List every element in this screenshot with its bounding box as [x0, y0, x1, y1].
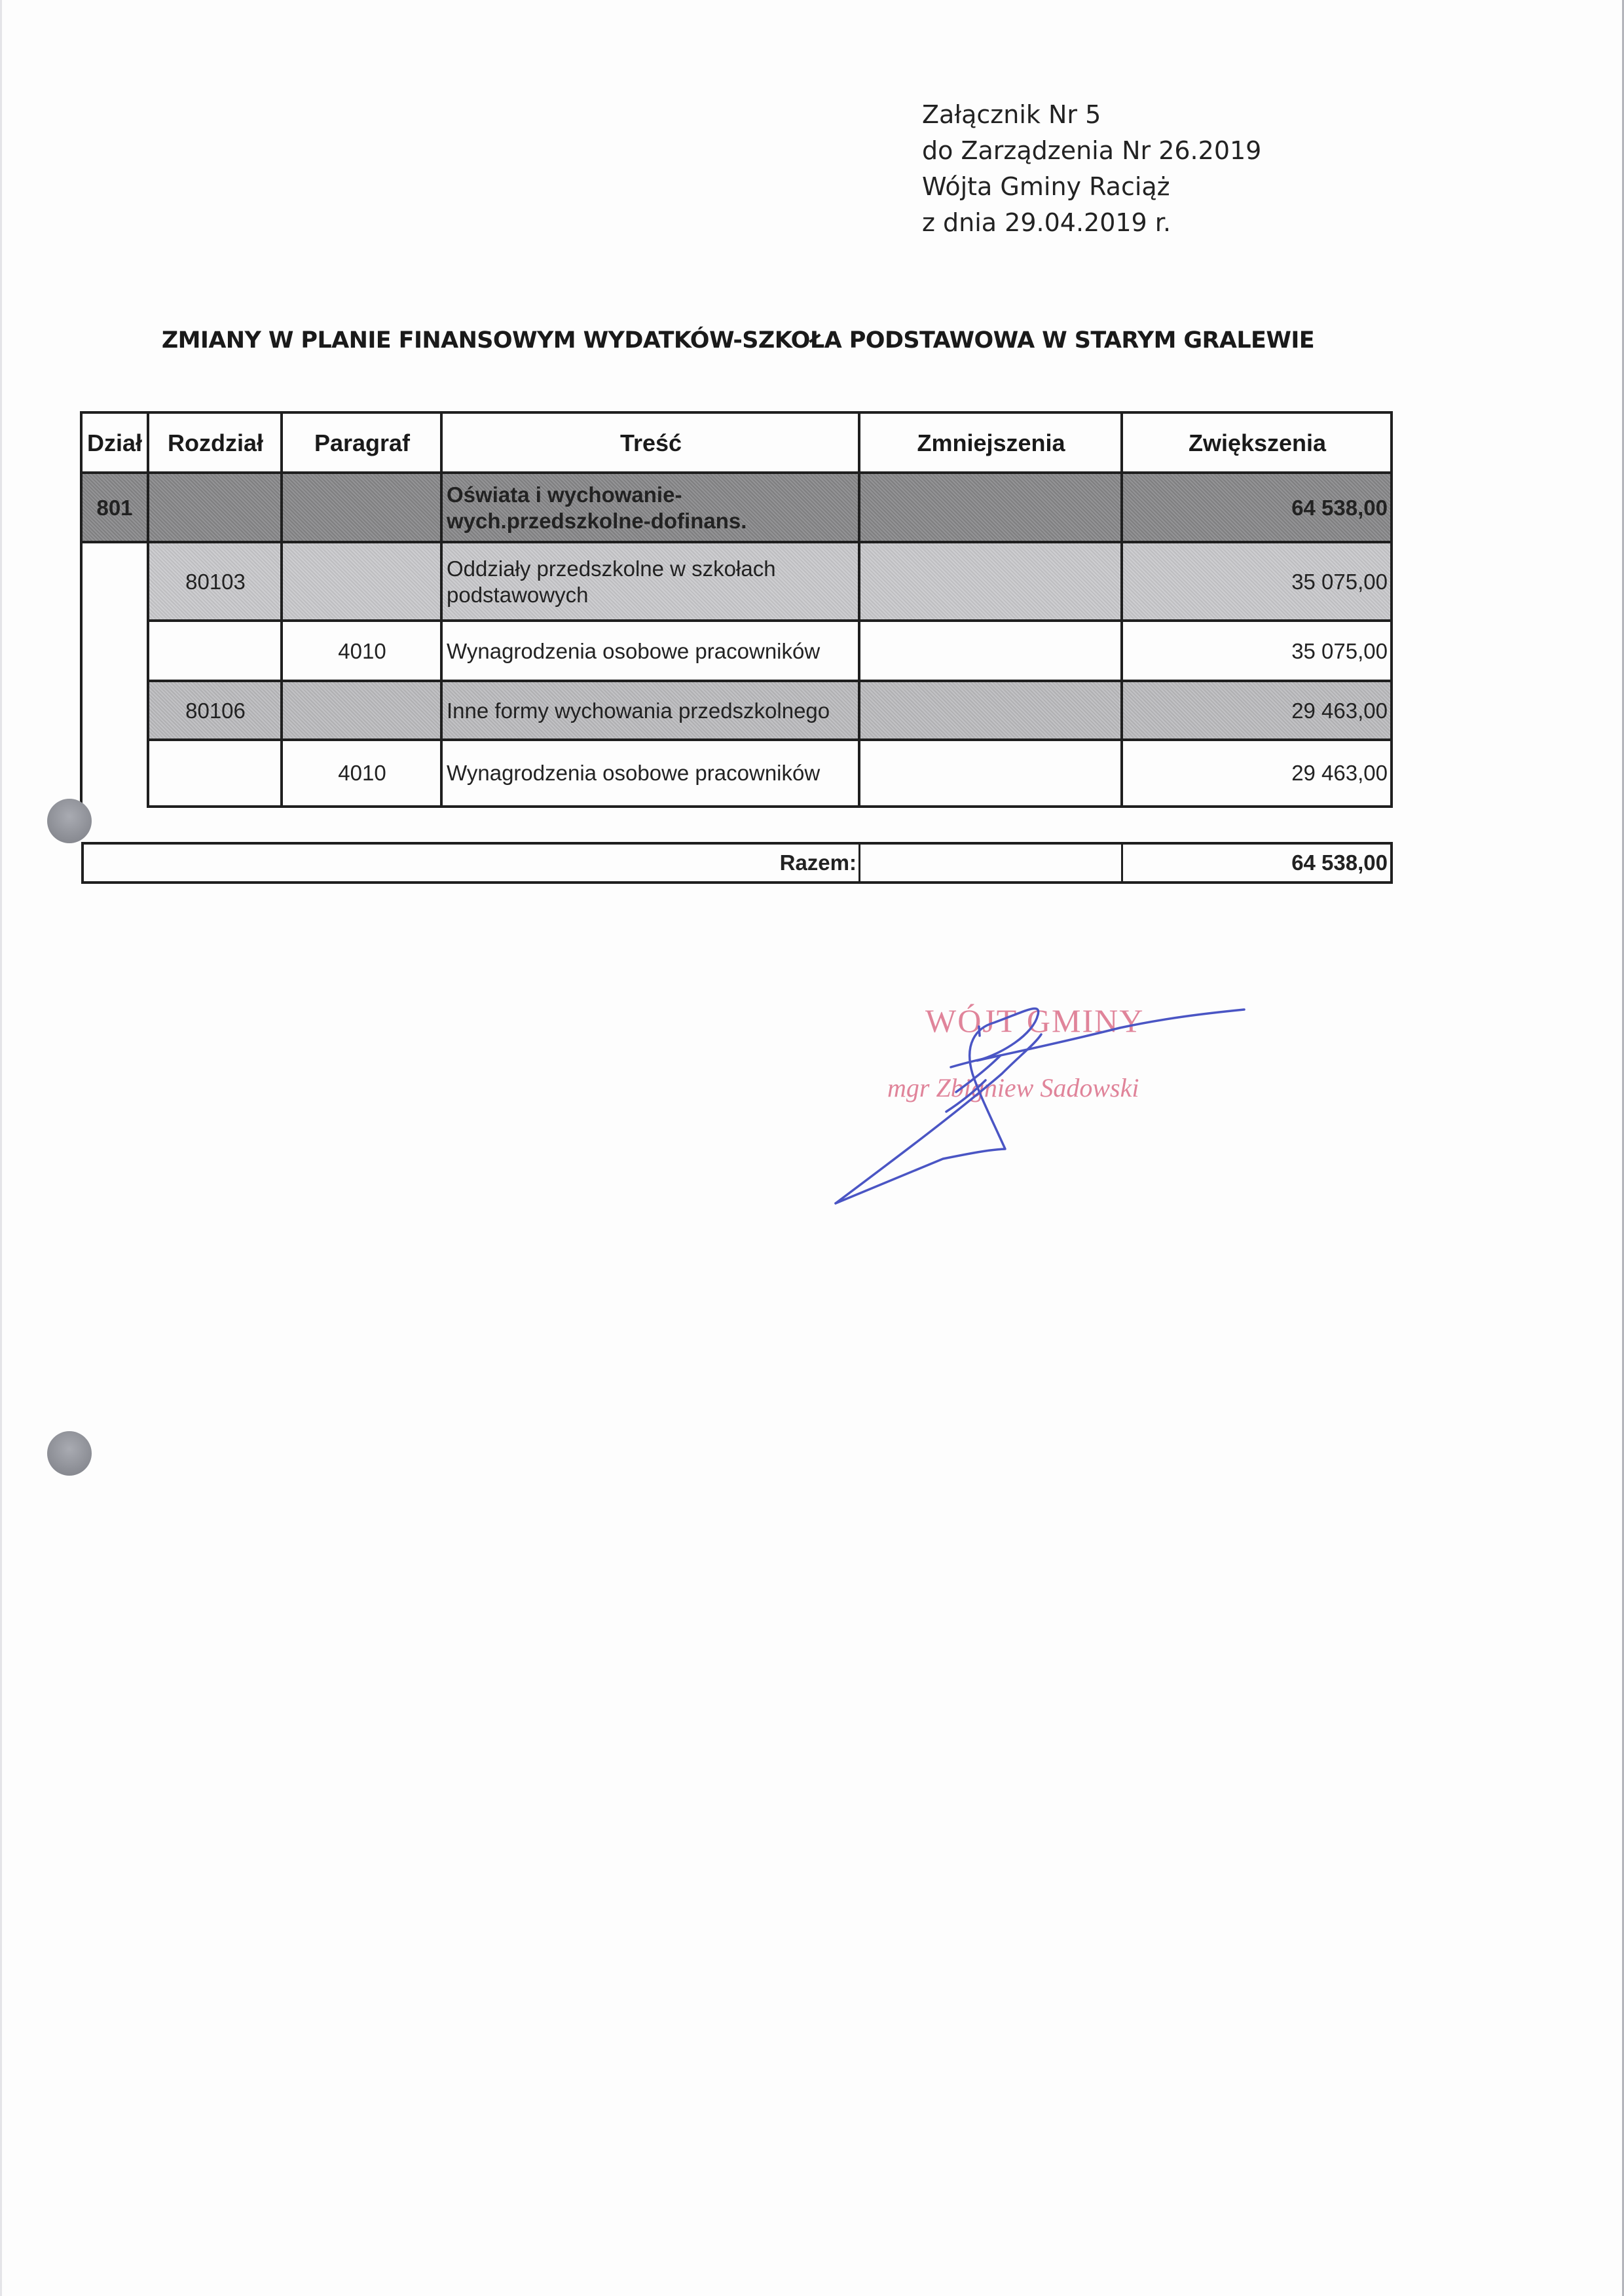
total-zwiekszenia: 64 538,00 [1123, 845, 1392, 881]
table-border [280, 411, 283, 808]
cell-zwiekszenia: 35 075,00 [1123, 622, 1392, 681]
total-zmniejszenia [860, 845, 1122, 881]
table-border [80, 411, 83, 805]
cell-tresc: Wynagrodzenia osobowe pracowników [443, 741, 859, 805]
cell-zwiekszenia: 29 463,00 [1123, 741, 1392, 805]
table-border [858, 842, 860, 884]
table-border [81, 842, 84, 884]
signature [825, 982, 1283, 1224]
table-border [858, 411, 860, 808]
cell-paragraf: 4010 [283, 741, 441, 805]
cell-rozdzial: 80103 [149, 543, 282, 621]
table-border [81, 541, 1393, 543]
header-dzial: Dział [81, 414, 148, 473]
cell-paragraf: 4010 [283, 622, 441, 681]
cell-zwiekszenia: 29 463,00 [1123, 682, 1392, 740]
table-border [148, 619, 1393, 622]
total-label: Razem: [83, 845, 859, 881]
table-border [1121, 842, 1123, 884]
table-border [1120, 411, 1123, 808]
budget-changes-table: Dział Rozdział Paragraf Treść Zmniejszen… [0, 0, 1624, 917]
cell-zwiekszenia: 35 075,00 [1123, 543, 1392, 621]
cell-tresc: Oświata i wychowanie- wych.przedszkolne-… [443, 474, 859, 542]
table-border [81, 411, 1393, 414]
table-border [147, 411, 149, 808]
table-border [440, 411, 443, 808]
table-border [148, 805, 1393, 808]
cell-dzial: 801 [81, 474, 148, 542]
table-border [1390, 842, 1393, 884]
cell-tresc: Oddziały przedszkolne w szkołach podstaw… [443, 543, 796, 621]
punch-hole-top [47, 799, 92, 843]
table-border [81, 842, 1393, 845]
cell-zwiekszenia: 64 538,00 [1123, 474, 1392, 542]
header-rozdzial: Rozdział [149, 414, 282, 473]
header-tresc: Treść [443, 414, 859, 473]
header-zmniejszenia: Zmniejszenia [860, 414, 1122, 473]
cell-rozdzial: 80106 [149, 682, 282, 740]
table-border [148, 738, 1393, 741]
table-border [1390, 411, 1393, 808]
cell-tresc: Inne formy wychowania przedszkolnego [443, 682, 859, 740]
table-border [81, 471, 1393, 474]
table-border [81, 881, 1393, 884]
cell-tresc: Wynagrodzenia osobowe pracowników [443, 622, 859, 681]
header-zwiekszenia: Zwiększenia [1123, 414, 1392, 473]
punch-hole-bottom [47, 1431, 92, 1476]
table-border [148, 680, 1393, 682]
header-paragraf: Paragraf [283, 414, 441, 473]
